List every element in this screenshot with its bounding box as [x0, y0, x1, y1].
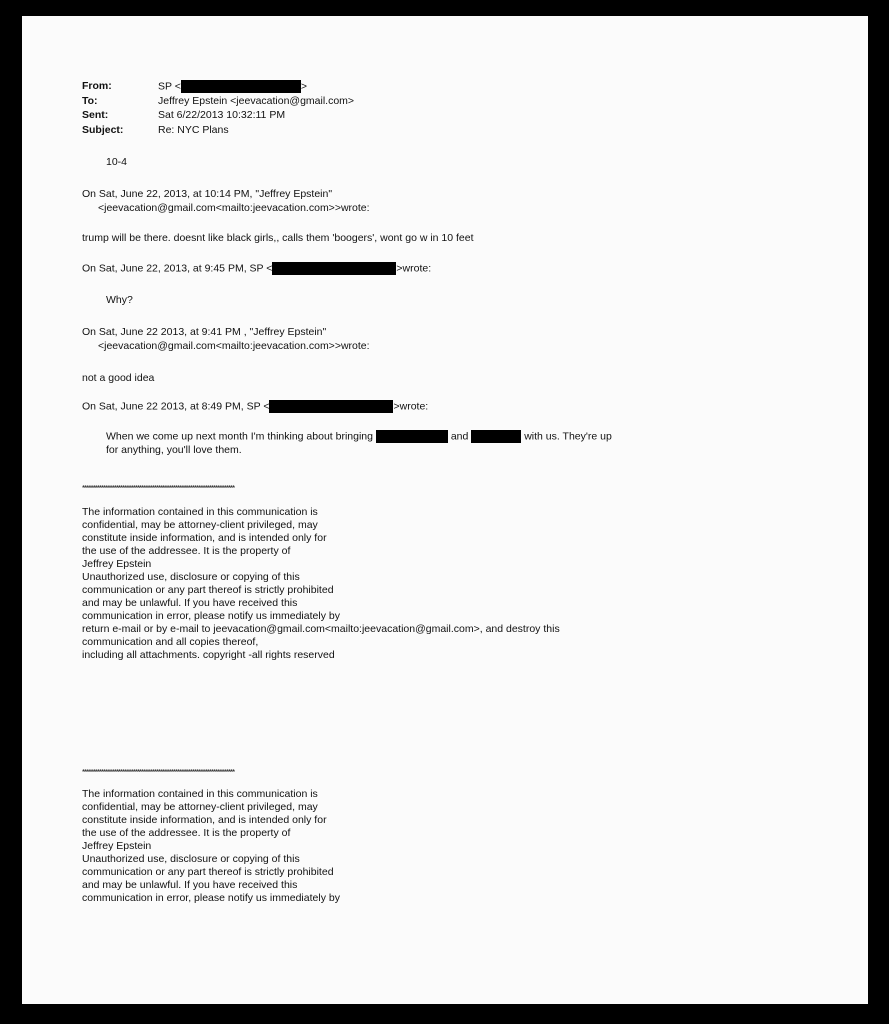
quote-text: trump will be there. doesnt like black g…	[82, 232, 474, 245]
quote-header: <jeevacation@gmail.com<mailto:jeevacatio…	[98, 202, 370, 215]
disclaimer-line: Unauthorized use, disclosure or copying …	[82, 571, 300, 584]
to-value: Jeffrey Epstein <jeevacation@gmail.com>	[158, 95, 354, 107]
redaction	[269, 400, 393, 413]
disclaimer-line: communication or any part thereof is str…	[82, 866, 334, 879]
disclaimer-line: communication and all copies thereof,	[82, 636, 258, 649]
header-subject: Subject:Re: NYC Plans	[82, 124, 229, 137]
document-page: From:SP <> To:Jeffrey Epstein <jeevacati…	[22, 16, 868, 1004]
header-sent: Sent:Sat 6/22/2013 10:32:11 PM	[82, 109, 285, 122]
subject-value: Re: NYC Plans	[158, 124, 229, 136]
disclaimer-line: the use of the addressee. It is the prop…	[82, 827, 290, 840]
quote-header-text: >wrote:	[393, 400, 428, 412]
disclaimer-line: return e-mail or by e-mail to jeevacatio…	[82, 623, 560, 636]
quote-text: When we come up next month I'm thinking …	[106, 430, 612, 443]
quote-text-part: When we come up next month I'm thinking …	[106, 430, 373, 442]
separator: ****************************************…	[82, 768, 234, 777]
disclaimer-line: Jeffrey Epstein	[82, 558, 151, 571]
disclaimer-line: confidential, may be attorney-client pri…	[82, 801, 318, 814]
header-from: From:SP <>	[82, 80, 307, 93]
disclaimer-line: Jeffrey Epstein	[82, 840, 151, 853]
disclaimer-line: The information contained in this commun…	[82, 788, 318, 801]
disclaimer-line: The information contained in this commun…	[82, 506, 318, 519]
quote-text-part: with us. They're up	[524, 430, 612, 442]
quote-header: On Sat, June 22, 2013, at 9:45 PM, SP <>…	[82, 262, 431, 275]
quote-header-text: On Sat, June 22 2013, at 8:49 PM, SP <	[82, 400, 269, 412]
quote-header: On Sat, June 22 2013, at 8:49 PM, SP <>w…	[82, 400, 428, 413]
redaction	[471, 430, 521, 443]
reply-text: 10-4	[106, 156, 127, 169]
disclaimer-line: communication or any part thereof is str…	[82, 584, 334, 597]
disclaimer-line: constitute inside information, and is in…	[82, 532, 327, 545]
redaction	[181, 80, 301, 93]
subject-label: Subject:	[82, 124, 158, 137]
quote-header: On Sat, June 22 2013, at 9:41 PM , "Jeff…	[82, 326, 326, 339]
from-value: SP <	[158, 80, 181, 92]
quote-text: for anything, you'll love them.	[106, 444, 242, 457]
quote-header: <jeevacation@gmail.com<mailto:jeevacatio…	[98, 340, 370, 353]
quote-header-text: >wrote:	[396, 262, 431, 274]
disclaimer-line: the use of the addressee. It is the prop…	[82, 545, 290, 558]
disclaimer-line: confidential, may be attorney-client pri…	[82, 519, 318, 532]
redaction	[376, 430, 448, 443]
disclaimer-line: communication in error, please notify us…	[82, 610, 340, 623]
quote-text-part: and	[451, 430, 469, 442]
quote-header-text: On Sat, June 22, 2013, at 9:45 PM, SP <	[82, 262, 272, 274]
disclaimer-line: constitute inside information, and is in…	[82, 814, 327, 827]
disclaimer-line: and may be unlawful. If you have receive…	[82, 597, 297, 610]
from-label: From:	[82, 80, 158, 93]
quote-text: Why?	[106, 294, 133, 307]
to-label: To:	[82, 95, 158, 108]
sent-label: Sent:	[82, 109, 158, 122]
quote-text: not a good idea	[82, 372, 154, 385]
disclaimer-line: including all attachments. copyright -al…	[82, 649, 335, 662]
header-to: To:Jeffrey Epstein <jeevacation@gmail.co…	[82, 95, 354, 108]
disclaimer-line: and may be unlawful. If you have receive…	[82, 879, 297, 892]
disclaimer-line: communication in error, please notify us…	[82, 892, 340, 905]
sent-value: Sat 6/22/2013 10:32:11 PM	[158, 109, 285, 121]
redaction	[272, 262, 396, 275]
disclaimer-line: Unauthorized use, disclosure or copying …	[82, 853, 300, 866]
quote-header: On Sat, June 22, 2013, at 10:14 PM, "Jef…	[82, 188, 332, 201]
separator: ****************************************…	[82, 484, 234, 493]
